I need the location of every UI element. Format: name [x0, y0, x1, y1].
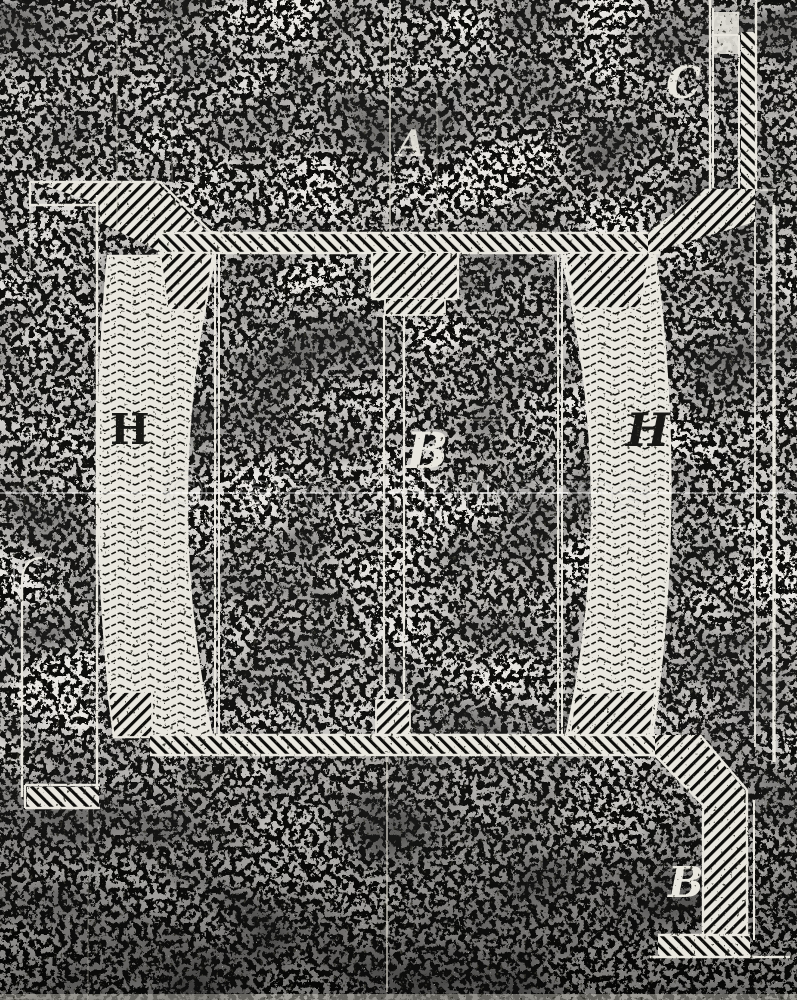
engraving-canvas: © stockphotos A C B H H B	[0, 0, 797, 1000]
engraving-svg: © stockphotos A C B H H B	[0, 0, 797, 1000]
grunge-overlay	[0, 0, 797, 1000]
